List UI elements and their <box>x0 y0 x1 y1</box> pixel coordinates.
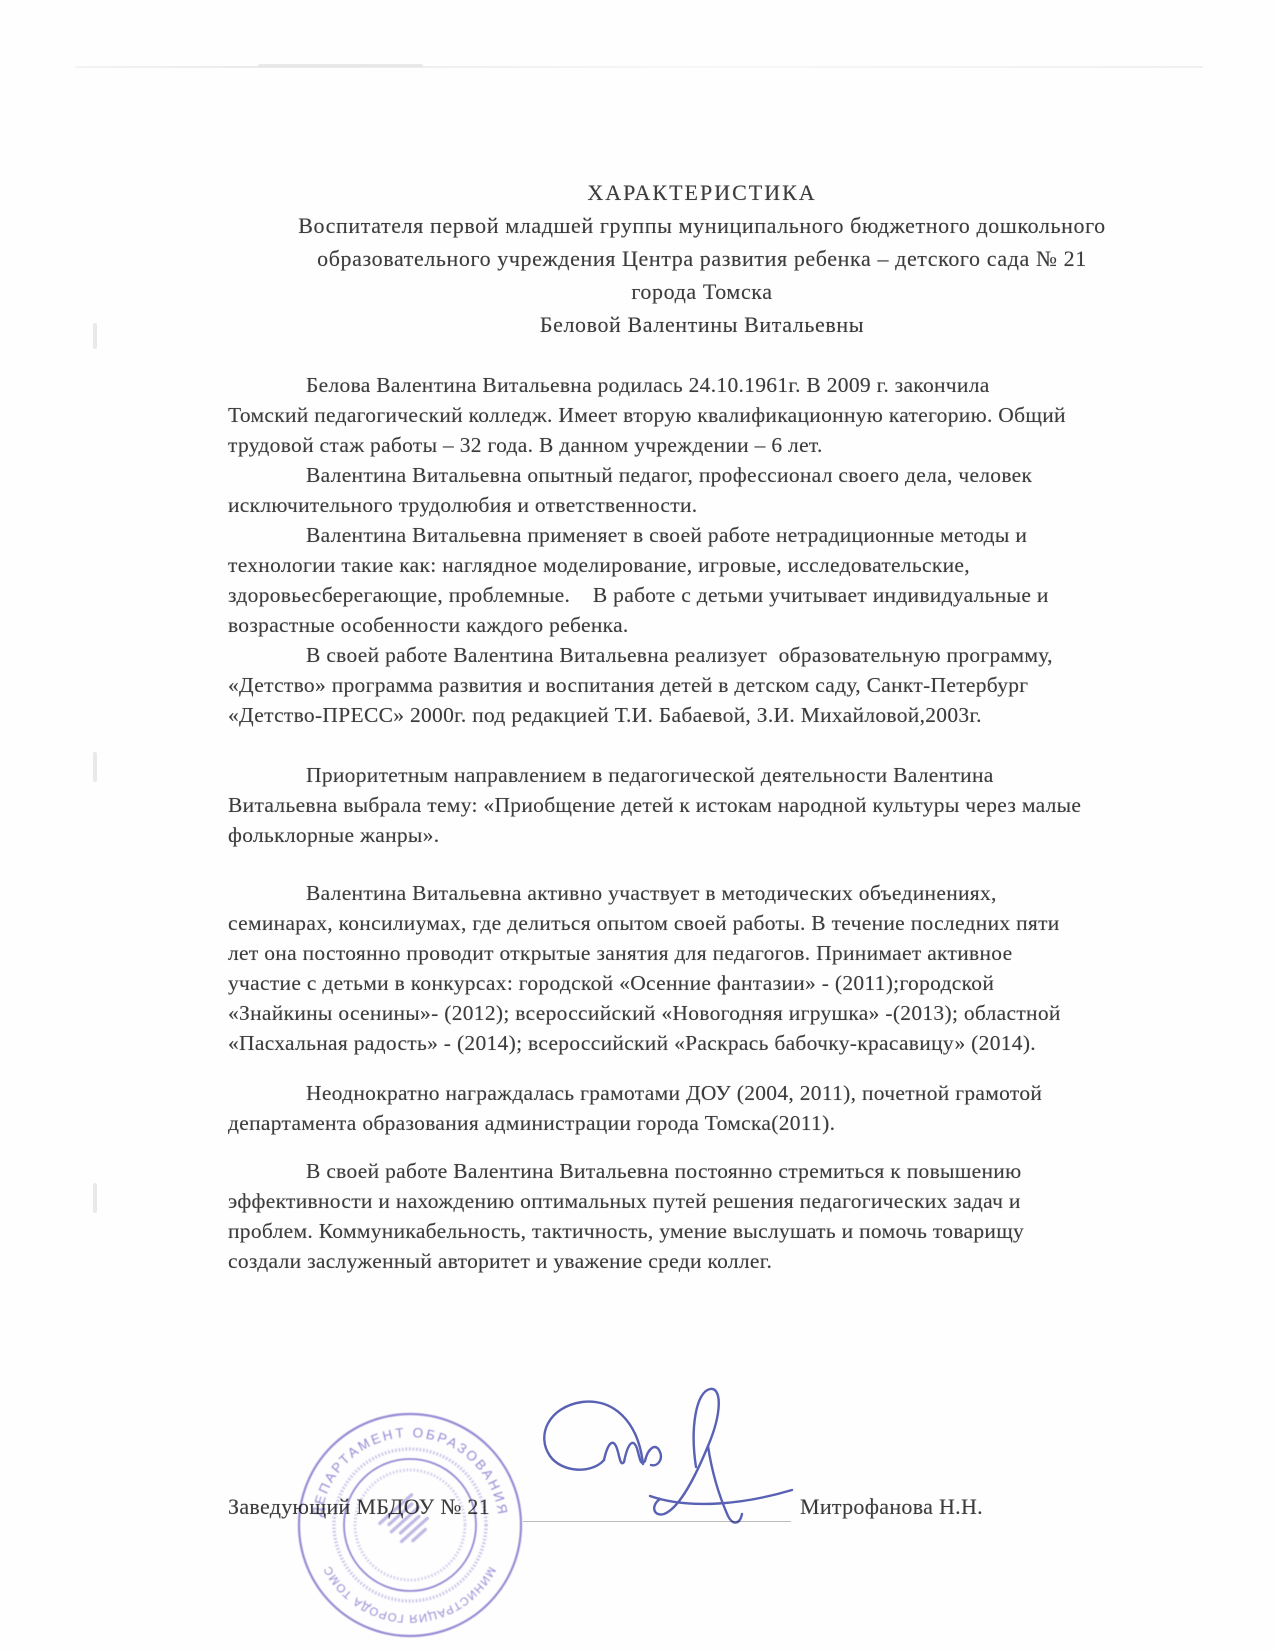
signatory-name: Митрофанова Н.Н. <box>800 1494 983 1520</box>
text-line: участие с детьми в конкурсах: городской … <box>228 968 1168 998</box>
handwritten-signature <box>500 1368 820 1543</box>
text-line: города Томска <box>228 275 1176 308</box>
text-line: образовательного учреждения Центра разви… <box>228 242 1176 275</box>
text-line: Валентина Витальевна опытный педагог, пр… <box>228 460 1168 490</box>
paragraph-biography: Белова Валентина Витальевна родилась 24.… <box>228 370 1168 460</box>
text-line: трудовой стаж работы – 32 года. В данном… <box>228 430 1168 460</box>
paragraph-conclusion: В своей работе Валентина Витальевна пост… <box>228 1156 1168 1276</box>
paragraph-methods: Валентина Витальевна применяет в своей р… <box>228 520 1168 640</box>
text-line: создали заслуженный авторитет и уважение… <box>228 1246 1168 1276</box>
text-line: эффективности и нахождению оптимальных п… <box>228 1186 1168 1216</box>
paragraph-qualities: Валентина Витальевна опытный педагог, пр… <box>228 460 1168 520</box>
text-line: «Знайкины осенины»- (2012); всероссийски… <box>228 998 1168 1028</box>
document-title: ХАРАКТЕРИСТИКАВоспитателя первой младшей… <box>228 176 1176 341</box>
text-line: здоровьесберегающие, проблемные. В работ… <box>228 580 1168 610</box>
scan-margin-artifact <box>93 1183 97 1213</box>
text-line: В своей работе Валентина Витальевна пост… <box>228 1156 1168 1186</box>
text-line: проблем. Коммуникабельность, тактичность… <box>228 1216 1168 1246</box>
text-line: семинарах, консилиумах, где делиться опы… <box>228 908 1168 938</box>
text-line: Томский педагогический колледж. Имеет вт… <box>228 400 1168 430</box>
paragraph-program: В своей работе Валентина Витальевна реал… <box>228 640 1168 730</box>
document-body: Белова Валентина Витальевна родилась 24.… <box>228 370 1168 1276</box>
scanned-document-page: ХАРАКТЕРИСТИКАВоспитателя первой младшей… <box>0 0 1275 1650</box>
scan-margin-artifact <box>93 752 97 782</box>
text-line: Валентина Витальевна активно участвует в… <box>228 878 1168 908</box>
paragraph-priority-topic: Приоритетным направлением в педагогическ… <box>228 760 1168 850</box>
stamp-center-microtext <box>378 1493 438 1552</box>
scan-margin-artifact <box>93 323 97 349</box>
text-line: Неоднократно награждалась грамотами ДОУ … <box>228 1078 1168 1108</box>
text-line: В своей работе Валентина Витальевна реал… <box>228 640 1168 670</box>
text-line: «Детство» программа развития и воспитани… <box>228 670 1168 700</box>
text-line: лет она постоянно проводит открытые заня… <box>228 938 1168 968</box>
text-line: Витальевна выбрала тему: «Приобщение дет… <box>228 790 1168 820</box>
text-line: исключительного трудолюбия и ответственн… <box>228 490 1168 520</box>
paragraph-participation: Валентина Витальевна активно участвует в… <box>228 878 1168 1058</box>
text-line: Воспитателя первой младшей группы муници… <box>228 209 1176 242</box>
text-line: технологии такие как: наглядное моделиро… <box>228 550 1168 580</box>
text-line: департамента образования администрации г… <box>228 1108 1168 1138</box>
text-line: Белова Валентина Витальевна родилась 24.… <box>228 370 1168 400</box>
scan-smudge-artifact <box>258 64 423 67</box>
scan-edge-artifact <box>75 66 1203 68</box>
text-line: возрастные особенности каждого ребенка. <box>228 610 1168 640</box>
paragraph-awards: Неоднократно награждалась грамотами ДОУ … <box>228 1078 1168 1138</box>
text-line: «Детство-ПРЕСС» 2000г. под редакцией Т.И… <box>228 700 1168 730</box>
text-line: Валентина Витальевна применяет в своей р… <box>228 520 1168 550</box>
text-line: «Пасхальная радость» - (2014); всероссий… <box>228 1028 1168 1058</box>
text-line: Беловой Валентины Витальевны <box>228 308 1176 341</box>
official-round-stamp-icon: ДЕПАРТАМЕНТ ОБРАЗОВАНИЯ АДМИНИСТРАЦИЯ ГО… <box>293 1408 527 1642</box>
text-line: фольклорные жанры». <box>228 820 1168 850</box>
text-line: ХАРАКТЕРИСТИКА <box>228 176 1176 209</box>
text-line: Приоритетным направлением в педагогическ… <box>228 760 1168 790</box>
